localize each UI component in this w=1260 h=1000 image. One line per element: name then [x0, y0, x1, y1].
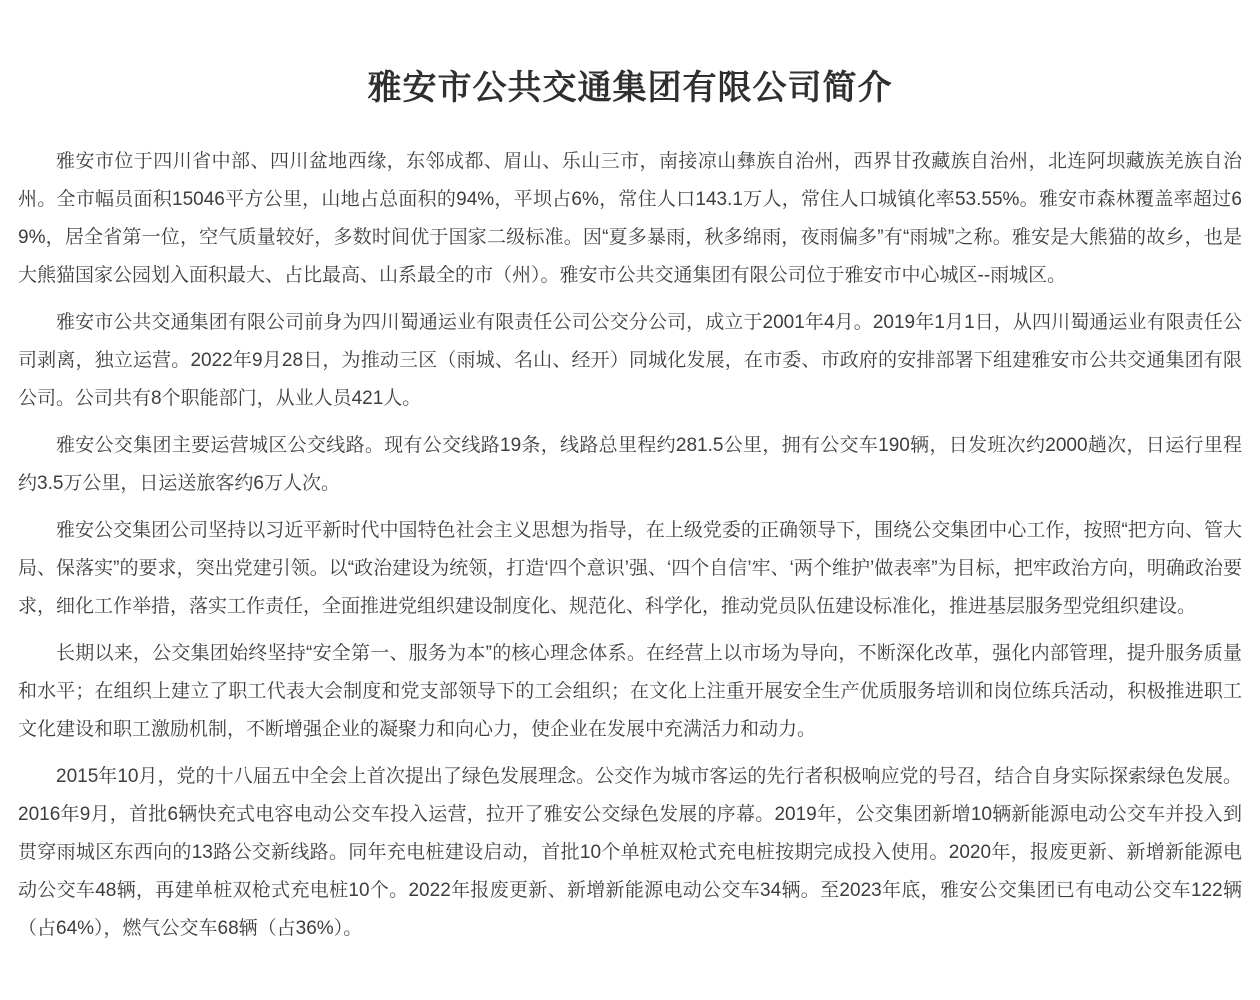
paragraph-green-development: 2015年10月，党的十八届五中全会上首次提出了绿色发展理念。公交作为城市客运的… [18, 758, 1242, 948]
paragraph-location-overview: 雅安市位于四川省中部、四川盆地西缘，东邻成都、眉山、乐山三市，南接凉山彝族自治州… [18, 143, 1242, 295]
document-page: 雅安市公共交通集团有限公司简介 雅安市位于四川省中部、四川盆地西缘，东邻成都、眉… [0, 0, 1260, 1000]
paragraph-company-history: 雅安市公共交通集团有限公司前身为四川蜀通运业有限责任公司公交分公司，成立于200… [18, 304, 1242, 418]
paragraph-core-values: 长期以来，公交集团始终坚持“安全第一、服务为本”的核心理念体系。在经营上以市场为… [18, 635, 1242, 749]
document-title: 雅安市公共交通集团有限公司简介 [18, 68, 1242, 109]
paragraph-party-building: 雅安公交集团公司坚持以习近平新时代中国特色社会主义思想为指导，在上级党委的正确领… [18, 512, 1242, 626]
paragraph-operations-stats: 雅安公交集团主要运营城区公交线路。现有公交线路19条，线路总里程约281.5公里… [18, 427, 1242, 503]
